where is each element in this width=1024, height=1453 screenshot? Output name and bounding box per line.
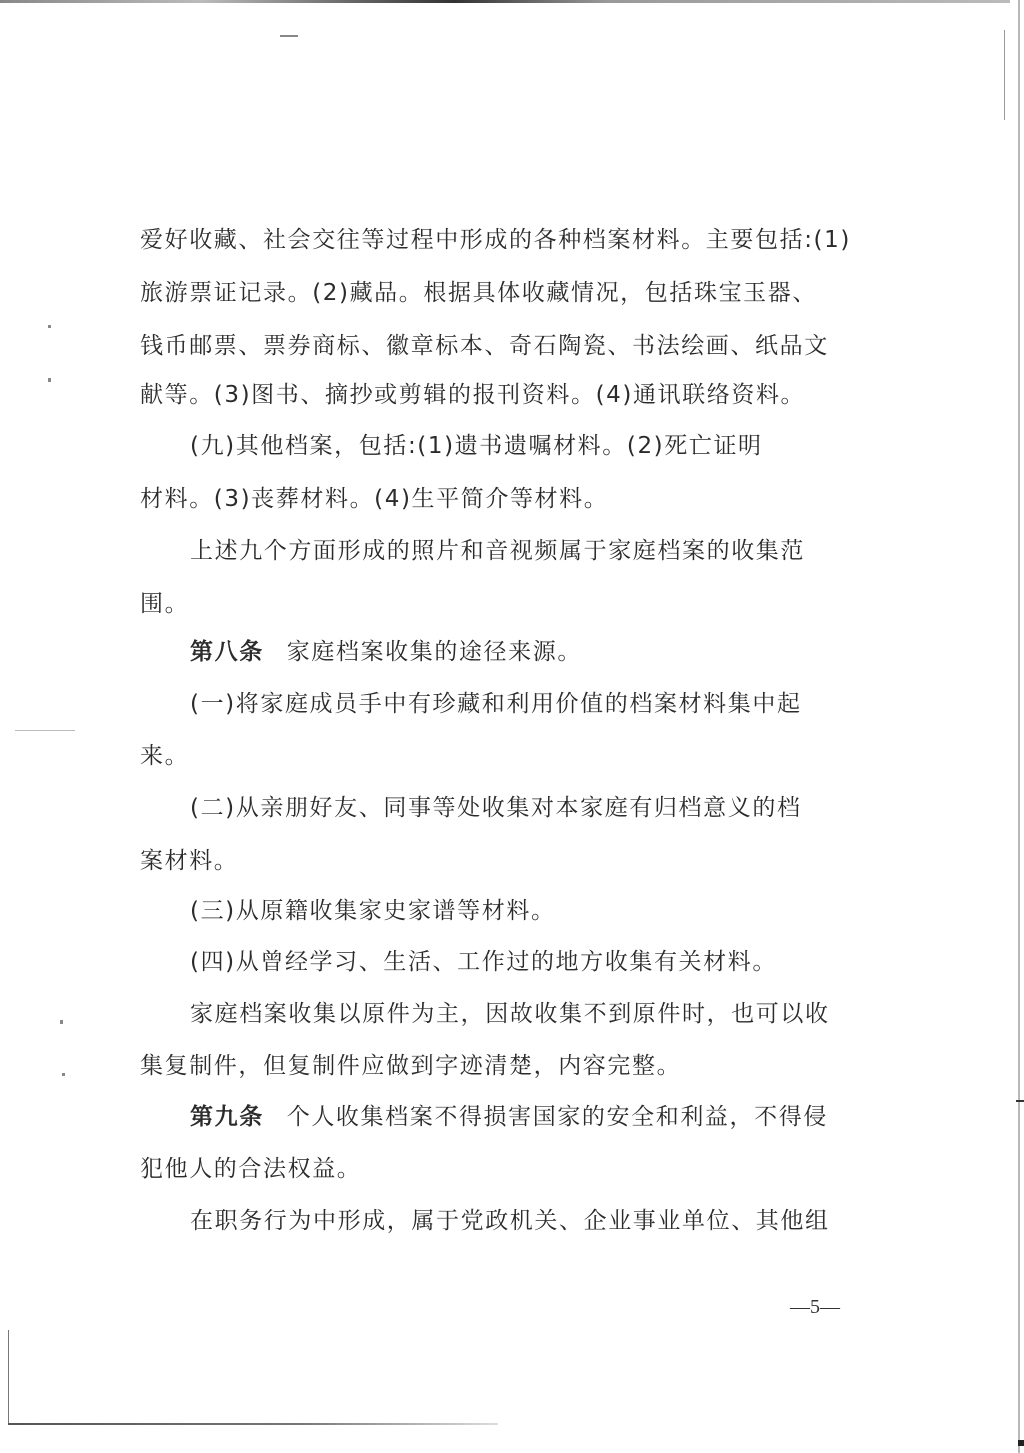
text-line: (一)将家庭成员手中有珍藏和利用价值的档案材料集中起	[190, 689, 935, 719]
article-number: 第八条	[190, 639, 264, 665]
text-line: 旅游票证记录。(2)藏品。根据具体收藏情况，包括珠宝玉器、	[140, 278, 885, 308]
document-page: 爱好收藏、社会交往等过程中形成的各种档案材料。主要包括:(1) 旅游票证记录。(…	[0, 0, 1024, 1453]
text-line: (二)从亲朋好友、同事等处收集对本家庭有归档意义的档	[190, 793, 935, 823]
text-line: 献等。(3)图书、摘抄或剪辑的报刊资料。(4)通讯联络资料。	[140, 380, 885, 410]
text-line: 在职务行为中形成，属于党政机关、企业事业单位、其他组	[190, 1206, 935, 1236]
text-line: (四)从曾经学习、生活、工作过的地方收集有关材料。	[190, 947, 935, 977]
text-line: 家庭档案收集以原件为主，因故收集不到原件时，也可以收	[190, 999, 935, 1029]
text-line: 钱币邮票、票券商标、徽章标本、奇石陶瓷、书法绘画、纸品文	[140, 331, 885, 361]
article-text: 个人收集档案不得损害国家的安全和利益，不得侵	[287, 1104, 828, 1130]
text-line: 上述九个方面形成的照片和音视频属于家庭档案的收集范	[190, 536, 935, 566]
text-line: 案材料。	[140, 846, 885, 876]
text-line: 来。	[140, 741, 885, 771]
text-line: (三)从原籍收集家史家谱等材料。	[190, 896, 935, 926]
article-heading-line: 第八条 家庭档案收集的途径来源。	[190, 637, 935, 667]
text-line: 材料。(3)丧葬材料。(4)生平简介等材料。	[140, 484, 885, 514]
text-line: 集复制件，但复制件应做到字迹清楚，内容完整。	[140, 1051, 885, 1081]
text-line: 爱好收藏、社会交往等过程中形成的各种档案材料。主要包括:(1)	[140, 225, 885, 255]
article-heading-line: 第九条 个人收集档案不得损害国家的安全和利益，不得侵	[190, 1102, 935, 1132]
text-line: 围。	[140, 589, 885, 619]
article-number: 第九条	[190, 1104, 264, 1130]
page-number: —5—	[790, 1296, 840, 1319]
text-line: 犯他人的合法权益。	[140, 1154, 885, 1184]
text-line: (九)其他档案，包括:(1)遗书遗嘱材料。(2)死亡证明	[190, 431, 935, 461]
article-text: 家庭档案收集的途径来源。	[287, 639, 582, 665]
